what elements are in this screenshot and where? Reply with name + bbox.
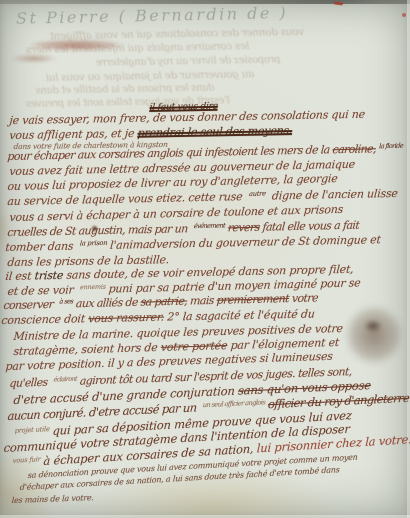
line-segment-supf: ennemis bbox=[80, 282, 106, 291]
ink-stain bbox=[336, 296, 410, 374]
ink-stain-core bbox=[362, 318, 384, 334]
line-segment-n: aux alliés de bbox=[75, 296, 141, 311]
line-segment-supf: projet utile bbox=[15, 425, 50, 435]
line-segment-sts: prendrai le seul des moyens. bbox=[137, 124, 293, 140]
line-segment-sup: événement bbox=[193, 221, 225, 230]
manuscript-line: je vais essayer, mon frere, de vous donn… bbox=[9, 108, 366, 127]
line-segment-st: sa patrie, bbox=[140, 295, 188, 309]
line-segment-n: mais bbox=[187, 294, 218, 308]
line-segment-st: revers bbox=[227, 221, 260, 235]
line-segment-st: premierement bbox=[216, 292, 289, 307]
line-segment-st: votre portée bbox=[160, 339, 227, 354]
line-segment-n: et de se voir bbox=[7, 283, 77, 298]
bleed-through-line: vous donner des consolations qui ne vous… bbox=[50, 26, 304, 42]
red-crayon-dot bbox=[402, 13, 406, 17]
bleed-through-line: proposiez de livrer au roy d'angleterre bbox=[96, 54, 281, 68]
line-segment-st: caroline, bbox=[332, 142, 376, 156]
archive-inscription: St Pierre ( Bernardin de ) bbox=[16, 3, 289, 28]
bleed-through-line: les corsaires anglois qui infestoient le… bbox=[26, 40, 249, 56]
line-segment-sup: autre bbox=[249, 189, 267, 197]
line-segment-supf: un seul officier anglois bbox=[202, 398, 265, 409]
line-segment-n: 2° la sagacité et l'équité du bbox=[164, 307, 316, 323]
line-segment-n: conscience doit bbox=[1, 312, 89, 327]
line-segment-supf: éclairont bbox=[53, 375, 77, 384]
line-segment-n: tomber dans bbox=[5, 240, 77, 255]
line-segment-n: je vais essayer, mon frere, de vous donn… bbox=[9, 108, 366, 127]
line-segment-sup: à ses bbox=[59, 297, 73, 305]
line-segment-n: les mains de la votre. bbox=[11, 493, 94, 505]
line-segment-sup: la prison bbox=[80, 239, 108, 248]
line-segment-n: fatal elle vous a fait bbox=[259, 219, 360, 234]
manuscript-page: St Pierre ( Bernardin de ) vous donner d… bbox=[0, 0, 410, 518]
line-segment-supf: vous fuir bbox=[13, 455, 41, 465]
scan-edge-top bbox=[0, 0, 410, 4]
line-segment-n: qu'elles bbox=[9, 376, 51, 390]
line-segment-dk: triste bbox=[34, 269, 64, 283]
bleed-through-line: au gouverneur de la jamaique ou vous lui bbox=[46, 68, 255, 84]
line-segment-n: cruelles de St augustin, mais par un bbox=[7, 222, 191, 239]
line-segment-st: vous rassurer. bbox=[88, 311, 165, 326]
line-segment-n: votre bbox=[288, 291, 318, 305]
line-segment-n: il est bbox=[5, 269, 35, 283]
line-segment-n: conserver bbox=[3, 298, 57, 312]
line-segment-n: digne de l'ancien ulisse bbox=[268, 187, 398, 203]
bleed-through-line: dans les prisons de la bastille et dans bbox=[36, 82, 214, 96]
manuscript-line: les mains de la votre. bbox=[11, 493, 94, 505]
line-segment-sup: la floride bbox=[379, 141, 404, 150]
